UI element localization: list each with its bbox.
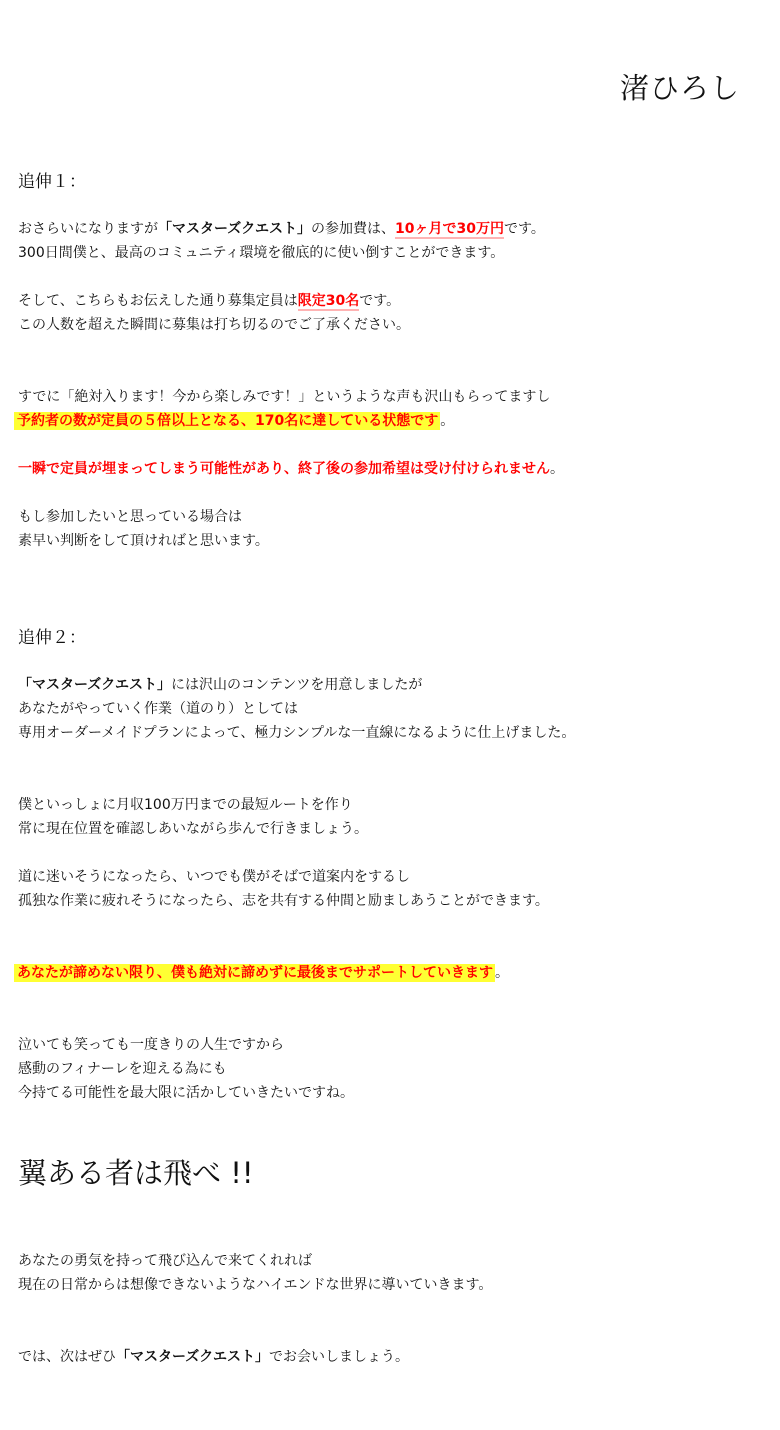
ps2-plan-line: 専用オーダーメイドプランによって、極力シンプルな一直線になるように仕上げました。 bbox=[18, 721, 575, 745]
ps1-capacity-line: そして、こちらもお伝えした通り募集定員は限定30名です。 bbox=[18, 289, 400, 313]
reservations-highlight: 予約者の数が定員の５倍以上となる、170名に達している状態です bbox=[14, 412, 440, 430]
ps2-courage-line: あなたの勇気を持って飛び込んで来てくれれば bbox=[18, 1249, 312, 1273]
product-name: 「マスターズクエスト」 bbox=[18, 677, 171, 693]
ps1-heading: 追伸１： bbox=[18, 170, 86, 194]
ps2-contents-line: 「マスターズクエスト」には沢山のコンテンツを用意しましたが bbox=[18, 673, 422, 697]
text: の参加費は、 bbox=[311, 221, 395, 237]
fee-emphasis: 10ヶ月で30万円 bbox=[395, 221, 504, 239]
ps2-guide-line: 道に迷いそうになったら、いつでも僕がそばで道案内をするし bbox=[18, 865, 410, 889]
text: おさらいになりますが bbox=[18, 221, 158, 237]
product-name: 「マスターズクエスト」 bbox=[116, 1349, 269, 1365]
text: です。 bbox=[504, 221, 545, 237]
ps1-reservations-line: 予約者の数が定員の５倍以上となる、170名に達している状態です。 bbox=[18, 409, 454, 433]
ps1-closing-line: この人数を超えた瞬間に募集は打ち切るのでご了承ください。 bbox=[18, 313, 410, 337]
text: そして、こちらもお伝えした通り募集定員は bbox=[18, 293, 298, 309]
text: です。 bbox=[359, 293, 400, 309]
ps1-duration-line: 300日間僕と、最高のコミュニティ環境を徹底的に使い倒すことができます。 bbox=[18, 241, 504, 265]
text: 。 bbox=[550, 461, 564, 477]
product-name: 「マスターズクエスト」 bbox=[158, 221, 311, 237]
ps2-work-line: あなたがやっていく作業（道のり）としては bbox=[18, 697, 298, 721]
capacity-emphasis: 限定30名 bbox=[298, 293, 359, 311]
text: 。 bbox=[495, 965, 509, 981]
warning-emphasis: 一瞬で定員が埋まってしまう可能性があり、終了後の参加希望は受け付けられません bbox=[18, 461, 550, 477]
text: でお会いしましょう。 bbox=[269, 1349, 409, 1365]
ps2-support-line: あなたが諦めない限り、僕も絶対に諦めずに最後までサポートしていきます。 bbox=[18, 961, 509, 985]
text: では、次はぜひ bbox=[18, 1349, 116, 1365]
ps2-heading: 追伸２： bbox=[18, 626, 86, 650]
ps2-highend-line: 現在の日常からは想像できないようなハイエンドな世界に導いていきます。 bbox=[18, 1273, 492, 1297]
ps2-life-line-2: 感動のフィナーレを迎える為にも bbox=[18, 1057, 227, 1081]
ps2-life-line-1: 泣いても笑っても一度きりの人生ですから bbox=[18, 1033, 284, 1057]
closing-line: では、次はぜひ「マスターズクエスト」でお会いしましょう。 bbox=[18, 1345, 409, 1369]
ps2-route-line: 僕といっしょに月収100万円までの最短ルートを作り bbox=[18, 793, 353, 817]
ps1-warning-line: 一瞬で定員が埋まってしまう可能性があり、終了後の参加希望は受け付けられません。 bbox=[18, 457, 564, 481]
ps1-cta-line-2: 素早い判断をして頂ければと思います。 bbox=[18, 529, 269, 553]
ps1-voices-line: すでに「絶対入ります！今から楽しみです！」というような声も沢山もらってますし bbox=[18, 385, 550, 409]
ps2-peers-line: 孤独な作業に疲れそうになったら、志を共有する仲間と励ましあうことができます。 bbox=[18, 889, 549, 913]
text: には沢山のコンテンツを用意しましたが bbox=[171, 677, 422, 693]
signature: 渚ひろし bbox=[620, 66, 740, 107]
ps2-life-line-3: 今持てる可能性を最大限に活かしていきたいですね。 bbox=[18, 1081, 354, 1105]
ps1-fee-line: おさらいになりますが「マスターズクエスト」の参加費は、10ヶ月で30万円です。 bbox=[18, 217, 545, 241]
ps2-progress-line: 常に現在位置を確認しあいながら歩んで行きましょう。 bbox=[18, 817, 368, 841]
text: 。 bbox=[440, 413, 454, 429]
ps1-cta-line-1: もし参加したいと思っている場合は bbox=[18, 505, 242, 529]
slogan-heading: 翼ある者は飛べ !! bbox=[18, 1153, 253, 1193]
support-highlight: あなたが諦めない限り、僕も絶対に諦めずに最後までサポートしていきます bbox=[14, 964, 495, 982]
